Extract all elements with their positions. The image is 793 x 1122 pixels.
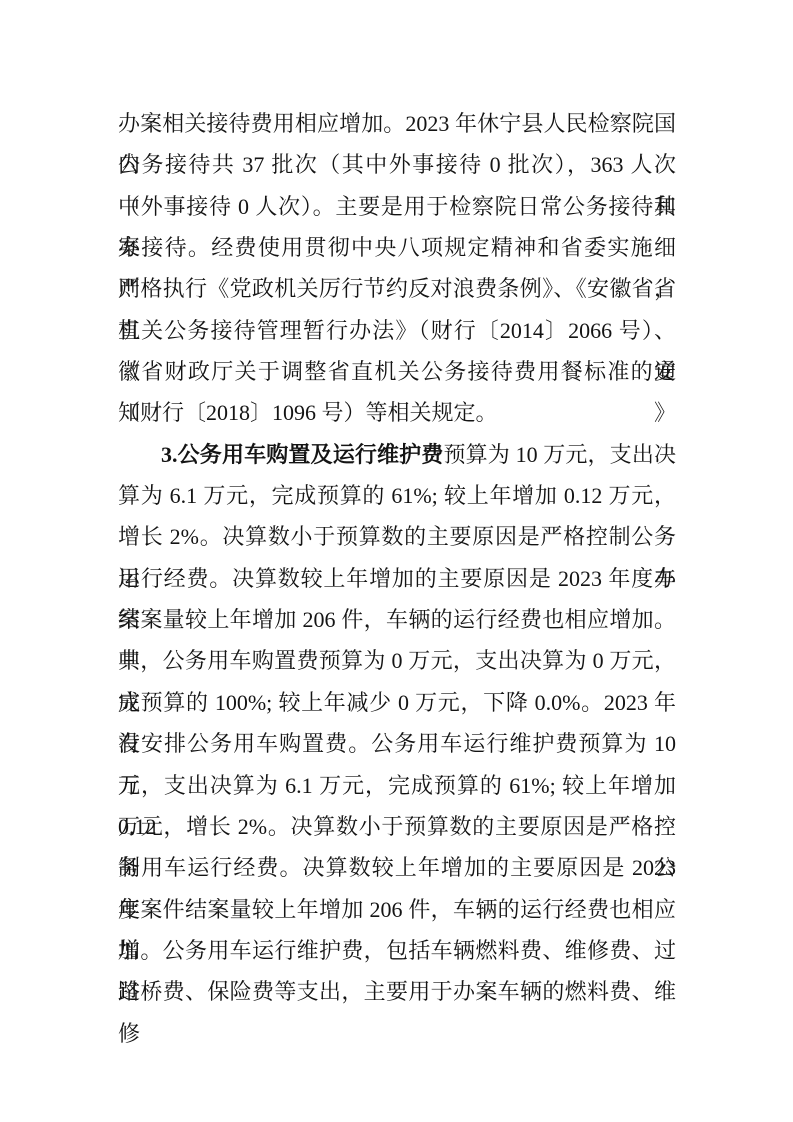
- text-line: 算为 6.1 万元，完成预算的 61%; 较上年增加 0.12 万元，: [118, 475, 676, 516]
- text-line: 成预算的 100%; 较上年减少 0 万元，下降 0.0%。2023 年没: [118, 682, 676, 723]
- text-line-section-start: 3.公务用车购置及运行维护费预算为 10 万元，支出决: [118, 434, 676, 475]
- document-text-block: 办案相关接待费用相应增加。2023 年休宁县人民检察院国内 公务接待共 37 批…: [118, 103, 676, 1013]
- line-text: 预算为 10 万元，支出决: [443, 442, 676, 467]
- line-text: 过桥费、保险费等支出，主要用于办案车辆的燃料费、维修: [118, 979, 676, 1045]
- text-line: 中外事接待 0 人次）。主要是用于检察院日常公务接待和办: [118, 186, 676, 227]
- text-line: 务用车运行经费。决算数较上年增加的主要原因是 2023 年: [118, 847, 676, 888]
- text-line: 运行经费。决算数较上年增加的主要原因是 2023 年度办案: [118, 558, 676, 599]
- text-line: 有安排公务用车购置费。公务用车运行维护费预算为 10 万: [118, 723, 676, 764]
- text-line: 万元，增长 2%。决算数小于预算数的主要原因是严格控制公: [118, 806, 676, 847]
- text-line: 度案件结案量较上年增加 206 件，车辆的运行经费也相应增: [118, 889, 676, 930]
- section-heading: 3.公务用车购置及运行维护费: [161, 442, 443, 467]
- text-line: 机关公务接待管理暂行办法》（财行〔2014〕2066 号）、《安: [118, 310, 676, 351]
- text-line: 严格执行《党政机关厉行节约反对浪费条例》、《安徽省省直: [118, 268, 676, 309]
- text-line: 增长 2%。决算数小于预算数的主要原因是严格控制公务用车: [118, 516, 676, 557]
- text-line: 办案相关接待费用相应增加。2023 年休宁县人民检察院国内: [118, 103, 676, 144]
- text-line: 结案量较上年增加 206 件，车辆的运行经费也相应增加。其: [118, 599, 676, 640]
- text-line: 案接待。经费使用贯彻中央八项规定精神和省委实施细则，: [118, 227, 676, 268]
- line-text: 算为 6.1 万元，完成预算的 61%; 较上年增加 0.12 万元，: [118, 483, 676, 508]
- text-line: 中，公务用车购置费预算为 0 万元，支出决算为 0 万元，完: [118, 640, 676, 681]
- text-line: 徽省财政厅关于调整省直机关公务接待费用餐标准的通知》: [118, 351, 676, 392]
- document-page: 办案相关接待费用相应增加。2023 年休宁县人民检察院国内 公务接待共 37 批…: [0, 0, 793, 1122]
- text-line: 过桥费、保险费等支出，主要用于办案车辆的燃料费、维修: [118, 971, 676, 1012]
- text-line: 加。公务用车运行维护费，包括车辆燃料费、维修费、过路: [118, 930, 676, 971]
- line-text: （财行〔2018〕1096 号）等相关规定。: [118, 400, 498, 425]
- text-line: 公务接待共 37 批次（其中外事接待 0 批次），363 人次（其: [118, 144, 676, 185]
- text-line: 元，支出决算为 6.1 万元，完成预算的 61%; 较上年增加 0.12: [118, 765, 676, 806]
